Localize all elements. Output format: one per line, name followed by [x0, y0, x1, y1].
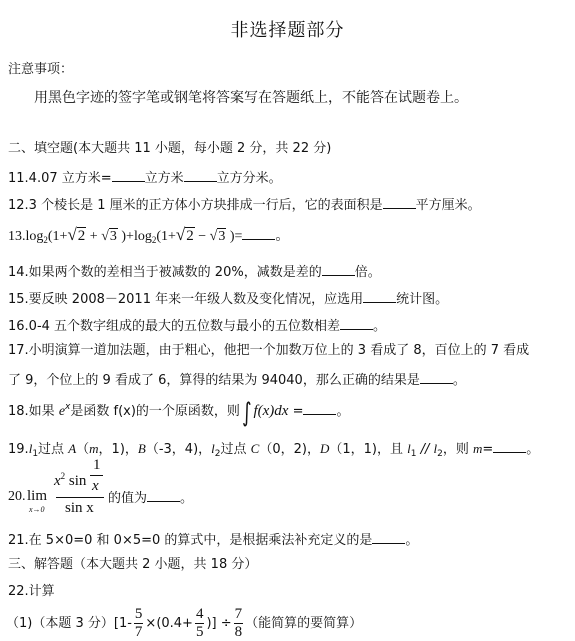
sqrt-2: √2: [67, 226, 86, 244]
part1-text-d: （能简算的要简算）: [245, 617, 362, 630]
q13-log: )+log: [118, 229, 152, 244]
inner-denominator: x: [92, 479, 99, 494]
answer-blank: [322, 263, 355, 276]
text: 过点: [38, 442, 68, 457]
radicand: 2: [77, 227, 87, 244]
var-m: m: [89, 441, 98, 456]
question-13: 13.log2(1+√2 + √3 )+log2(1+√2 − √3 )=。: [8, 226, 289, 244]
question-22-part1: （1)（本题 3 分）[1- 57 ×(0.4+ 45 )] ÷ 78 （能简算…: [6, 605, 362, 641]
part1-text-c: )] ÷: [206, 617, 231, 630]
q11-text-c: 立方分米。: [217, 171, 282, 186]
fraction-4-5: 45: [195, 606, 205, 641]
denominator: 7: [134, 624, 144, 641]
q16-text-a: 16.0-4 五个数字组成的最大的五位数与最小的五位数相差: [8, 319, 340, 334]
q12-text-a: 12.3 个棱长是 1 厘米的正方体小方块排成一行后，它的表面积是: [8, 198, 383, 213]
fraction-bar: [56, 497, 104, 498]
fraction-5-7: 57: [134, 606, 144, 641]
denominator: sin x: [65, 501, 94, 516]
denominator: 8: [234, 624, 244, 641]
question-14: 14.如果两个数的差相当于被减数的 20%，减数是差的倍。: [8, 263, 381, 279]
integral-symbol: ∫: [242, 400, 251, 426]
sqrt-2: √2: [176, 226, 195, 244]
answer-blank: [112, 169, 145, 182]
question-12: 12.3 个棱长是 1 厘米的正方体小方块排成一行后，它的表面积是平方厘米。: [8, 196, 481, 212]
q18-text-a: 18.如果: [8, 404, 59, 419]
answer-blank: [363, 290, 396, 303]
q13-paren: (1+: [156, 229, 176, 244]
point-b: B: [138, 441, 146, 456]
sin: sin: [65, 473, 86, 489]
radicand: 2: [185, 227, 195, 244]
point-d: D: [320, 441, 329, 456]
q12-text-b: 平方厘米。: [416, 198, 481, 213]
answer-blank: [242, 227, 275, 240]
q20-number: 20.: [8, 490, 26, 504]
q14-text-b: 倍。: [355, 265, 381, 280]
fraction-7-8: 78: [234, 606, 244, 641]
period: 。: [405, 533, 418, 548]
inner-numerator: 1: [93, 458, 101, 473]
period: 。: [275, 229, 289, 244]
period: 。: [336, 404, 349, 419]
numerator: x2 sin: [54, 474, 86, 489]
parallel: //: [416, 442, 433, 457]
period: 。: [180, 491, 193, 506]
text: ，则: [443, 442, 473, 457]
question-18: 18.如果 ex是函数 f(x)的一个原函数，则∫f(x)dx =。: [8, 400, 349, 426]
q15-text-b: 统计图。: [396, 292, 448, 307]
notice-text: 用黑色字迹的签字笔或钢笔将答案写在答题纸上，不能答在试题卷上。: [34, 91, 468, 105]
q16-text-b: 。: [373, 319, 386, 334]
question-17-line2: 了 9，个位上的 9 看成了 6，算得的结果为 94040，那么正确的结果是。: [8, 371, 466, 387]
answer-blank: [184, 169, 217, 182]
period: 。: [526, 442, 539, 457]
notice-heading: 注意事项：: [8, 63, 73, 76]
q18-text-b: 是函数 f(x)的一个原函数，则: [70, 404, 240, 419]
equals: =: [482, 442, 493, 457]
numerator: 4: [195, 606, 205, 624]
q20-suffix: 的值为。: [108, 489, 193, 505]
question-19: 19.l1过点 A（m，1)，B（-3，4)，l2过点 C（0，2)，D（1，1…: [8, 440, 539, 456]
answer-blank: [372, 531, 405, 544]
denominator: 5: [195, 624, 205, 641]
period: 。: [453, 373, 466, 388]
lim: lim: [27, 489, 47, 504]
question-15: 15.要反映 2008－2011 年来一年级人数及变化情况，应选用统计图。: [8, 290, 448, 306]
part1-text-a: （1)（本题 3 分）[1-: [6, 617, 132, 630]
section3-heading: 三、解答题（本大题共 2 小题，共 18 分）: [8, 558, 257, 571]
q13-paren: (1+: [48, 229, 68, 244]
var-m: m: [473, 441, 482, 456]
sqrt-3: √3: [210, 230, 227, 244]
q17-text: 了 9，个位上的 9 看成了 6，算得的结果为 94040，那么正确的结果是: [8, 373, 420, 388]
numerator: 5: [134, 606, 144, 624]
integrand: f(x)dx: [253, 403, 288, 419]
text: （1，1)，且: [329, 442, 407, 457]
page-title: 非选择题部分: [0, 22, 575, 40]
text: （0，2)，: [259, 442, 320, 457]
question-16: 16.0-4 五个数字组成的最大的五位数与最小的五位数相差。: [8, 317, 386, 333]
q11-text-b: 立方米: [145, 171, 184, 186]
inner-fraction-bar: [90, 475, 103, 476]
question-22-label: 22.计算: [8, 585, 55, 598]
equals: =: [288, 404, 303, 419]
q13-equals: )=: [226, 229, 242, 244]
section2-heading: 二、填空题(本大题共 11 小题，每小题 2 分，共 22 分): [8, 142, 331, 155]
minus: −: [195, 229, 210, 244]
answer-blank: [420, 371, 453, 384]
q15-text-a: 15.要反映 2008－2011 年来一年级人数及变化情况，应选用: [8, 292, 363, 307]
question-11: 11.4.07 立方米=立方米立方分米。: [8, 169, 282, 185]
q11-text-a: 11.4.07 立方米=: [8, 171, 112, 186]
radicand: 3: [109, 228, 118, 244]
text: （-3，4)，: [146, 442, 211, 457]
text: 过点: [221, 442, 251, 457]
part1-text-b: ×(0.4+: [145, 617, 193, 630]
radicand: 3: [217, 228, 226, 244]
answer-blank: [340, 317, 373, 330]
numerator: 7: [234, 606, 244, 624]
q14-text-a: 14.如果两个数的差相当于被减数的 20%，减数是差的: [8, 265, 322, 280]
point-a: A: [68, 441, 76, 456]
q21-text: 21.在 5×0=0 和 0×5=0 的算式中，是根据乘法补充定义的是: [8, 533, 372, 548]
q19-number: 19.: [8, 442, 29, 457]
text: ，1)，: [99, 442, 138, 457]
answer-blank: [147, 489, 180, 502]
x: x: [54, 473, 61, 489]
answer-blank: [303, 402, 336, 415]
question-17-line1: 17.小明演算一道加法题，由于粗心，他把一个加数万位上的 3 看成了 8，百位上…: [8, 344, 529, 357]
answer-blank: [383, 196, 416, 209]
plus: +: [86, 229, 101, 244]
sqrt-3: √3: [101, 230, 118, 244]
text: 的值为: [108, 491, 147, 506]
lim-subscript: x→0: [29, 506, 45, 514]
answer-blank: [493, 440, 526, 453]
text: （: [76, 442, 89, 457]
question-21: 21.在 5×0=0 和 0×5=0 的算式中，是根据乘法补充定义的是。: [8, 531, 418, 547]
q13-log: 13.log: [8, 229, 43, 244]
